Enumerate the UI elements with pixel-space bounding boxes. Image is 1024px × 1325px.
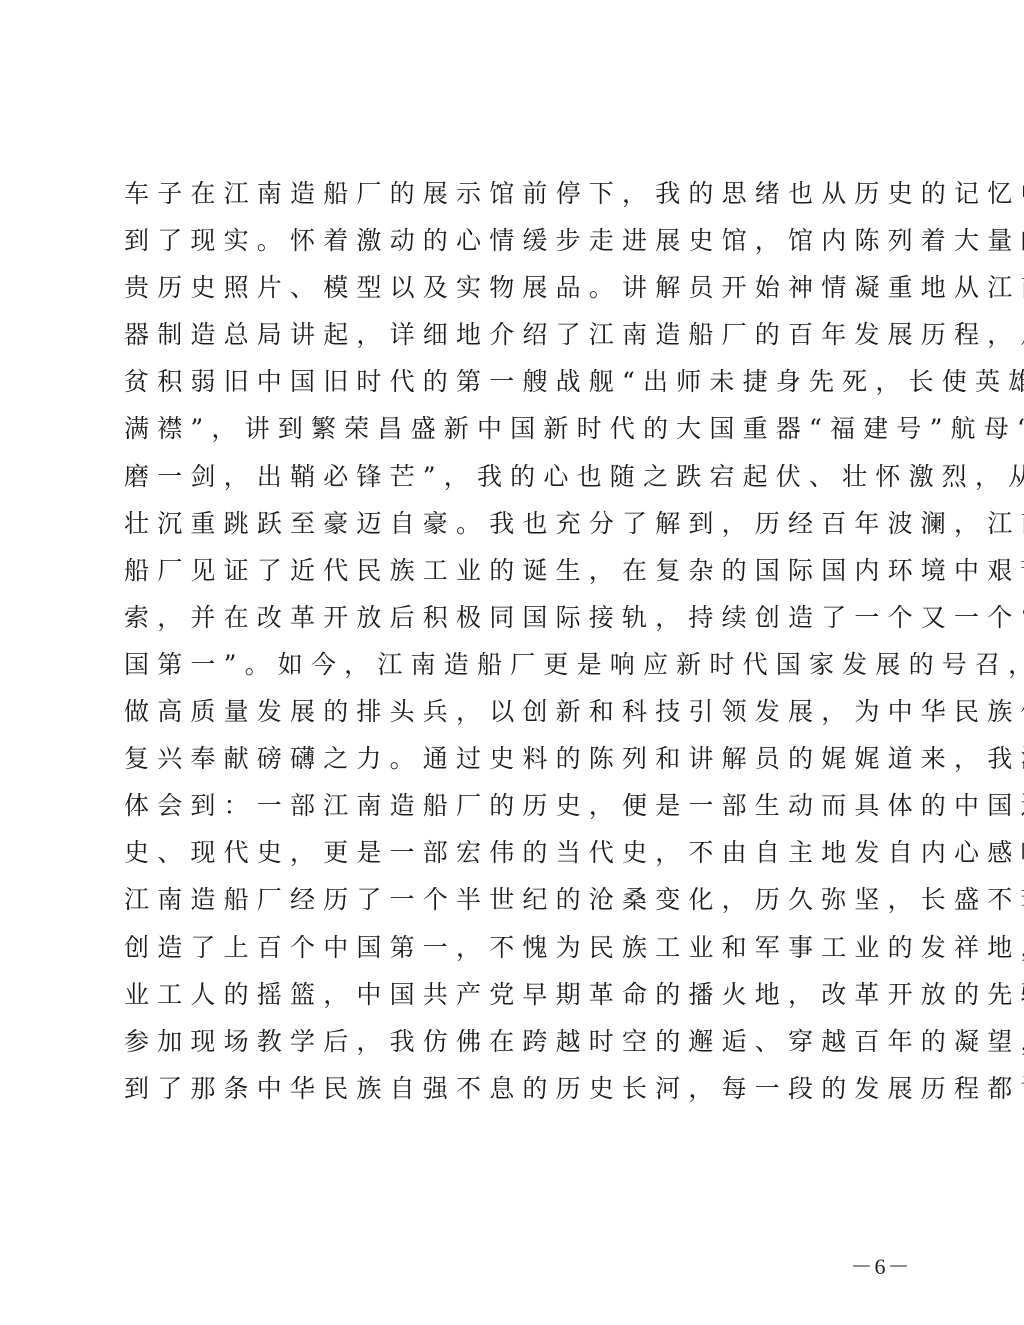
- text-line: 江南造船厂经历了一个半世纪的沧桑变化，历久弥坚，长盛不衰，: [124, 876, 914, 923]
- text-line: 业工人的摇篮，中国共产党早期革命的播火地，改革开放的先驱。: [124, 971, 914, 1018]
- text-line: 史、现代史，更是一部宏伟的当代史，不由自主地发自内心感叹：: [124, 829, 914, 876]
- page-number: －6－: [846, 1250, 916, 1281]
- text-line: 国第一”。如今，江南造船厂更是响应新时代国家发展的号召，争: [124, 641, 914, 688]
- text-line: 做高质量发展的排头兵，以创新和科技引领发展，为中华民族伟大: [124, 688, 914, 735]
- text-line: 到了现实。怀着激动的心情缓步走进展史馆，馆内陈列着大量的珍: [124, 217, 914, 264]
- text-line: 创造了上百个中国第一，不愧为民族工业和军事工业的发祥地，产: [124, 924, 914, 971]
- text-line: 船厂见证了近代民族工业的诞生，在复杂的国际国内环境中艰苦探: [124, 547, 914, 594]
- text-line: 体会到：一部江南造船厂的历史，便是一部生动而具体的中国近代: [124, 782, 914, 829]
- text-line: 满襟”，讲到繁荣昌盛新中国新时代的大国重器“福建号”航母“十年: [124, 405, 914, 452]
- text-line: 壮沉重跳跃至豪迈自豪。我也充分了解到，历经百年波澜，江南造: [124, 500, 914, 547]
- text-line: 复兴奉献磅礴之力。通过史料的陈列和讲解员的娓娓道来，我深深: [124, 735, 914, 782]
- text-line: 贫积弱旧中国旧时代的第一艘战舰“出师未捷身先死，长使英雄泪: [124, 358, 914, 405]
- body-paragraph: 车子在江南造船厂的展示馆前停下，我的思绪也从历史的记忆中回 到了现实。怀着激动的…: [124, 170, 914, 1112]
- text-line: 器制造总局讲起，详细地介绍了江南造船厂的百年发展历程，从积: [124, 311, 914, 358]
- text-line: 贵历史照片、模型以及实物展品。讲解员开始神情凝重地从江南机: [124, 264, 914, 311]
- document-page: 车子在江南造船厂的展示馆前停下，我的思绪也从历史的记忆中回 到了现实。怀着激动的…: [0, 0, 1024, 1325]
- text-line: 到了那条中华民族自强不息的历史长河，每一段的发展历程都诉说: [124, 1065, 914, 1112]
- text-line: 磨一剑，出鞘必锋芒”，我的心也随之跌宕起伏、壮怀激烈，从悲: [124, 453, 914, 500]
- text-line: 参加现场教学后，我仿佛在跨越时空的邂逅、穿越百年的凝望，回: [124, 1018, 914, 1065]
- text-line: 车子在江南造船厂的展示馆前停下，我的思绪也从历史的记忆中回: [124, 170, 914, 217]
- text-line: 索，并在改革开放后积极同国际接轨，持续创造了一个又一个“中: [124, 594, 914, 641]
